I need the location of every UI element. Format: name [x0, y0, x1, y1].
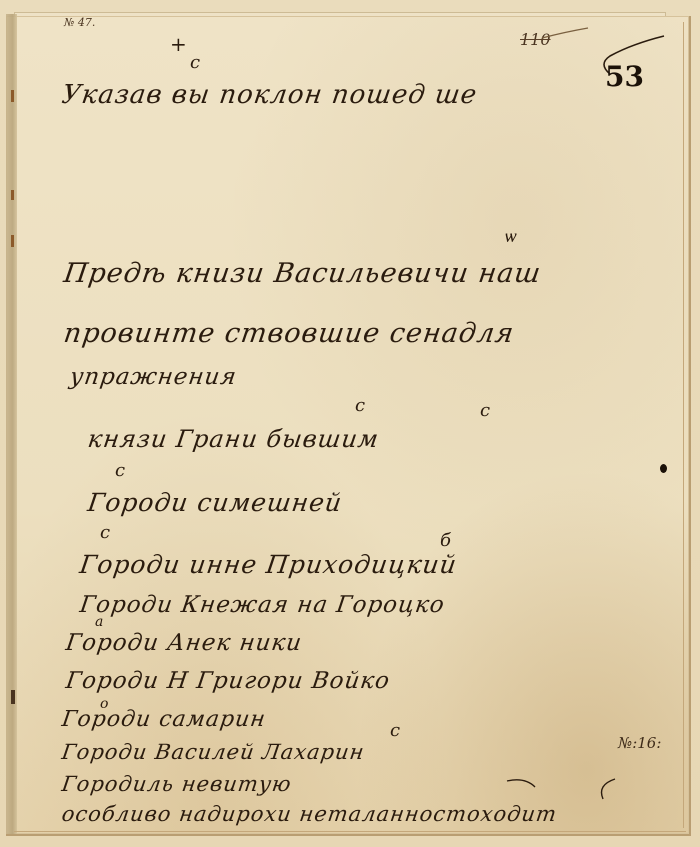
binding-stitch-mark: [11, 235, 14, 247]
body-line: Городи самарин: [60, 707, 267, 732]
superscript-mark: с: [190, 52, 200, 73]
strike-stroke: [540, 26, 590, 42]
body-line: Городи Кнежая на Гороцко: [78, 592, 446, 618]
binding-stitch-mark: [11, 190, 14, 200]
superscript-mark: ѡ: [505, 226, 516, 247]
body-line: особливо надирохи неталанностоходит: [60, 802, 558, 826]
binding-stitch-mark: [11, 690, 15, 704]
binding-edge: [6, 14, 17, 834]
archive-number: №:16:: [618, 734, 661, 752]
body-line: упражнения: [68, 364, 238, 390]
ink-blot: [660, 464, 667, 473]
body-line: Городи инне Приходицкий: [78, 550, 459, 579]
superscript-mark: с: [480, 400, 490, 421]
superscript-mark: с: [390, 720, 400, 741]
binding-stitch-mark: [11, 90, 14, 102]
body-line: князи Грани бывшим: [86, 425, 381, 453]
superscript-mark: б: [440, 530, 451, 551]
catalog-number: № 47.: [64, 16, 95, 29]
superscript-mark: с: [100, 522, 110, 543]
leaf-edge-bottom: [14, 831, 686, 832]
body-line: Городи симешней: [86, 488, 344, 517]
superscript-mark: а: [95, 614, 103, 630]
body-line: провинте ствовшие сенадля: [62, 318, 516, 349]
body-line: Городи Н Григори Войко: [64, 668, 392, 694]
folio-number: 53: [605, 60, 644, 93]
closing-flourish: [505, 775, 625, 805]
body-line: Предѣ книзи Васильевичи наш: [62, 258, 543, 289]
manuscript-scan: № 47. 110 53 + с Указав вы поклон пошед …: [0, 0, 700, 847]
superscript-mark: +: [170, 32, 187, 56]
superscript-mark: с: [355, 395, 365, 416]
body-line: Городи Василей Лахарин: [60, 740, 366, 764]
superscript-mark: с: [115, 460, 125, 481]
header-line: Указав вы поклон пошед ше: [60, 80, 479, 110]
body-line: Городи Анек ники: [64, 630, 304, 656]
body-line: Городиль невитую: [60, 772, 293, 796]
leaf-edge-right: [683, 22, 684, 828]
